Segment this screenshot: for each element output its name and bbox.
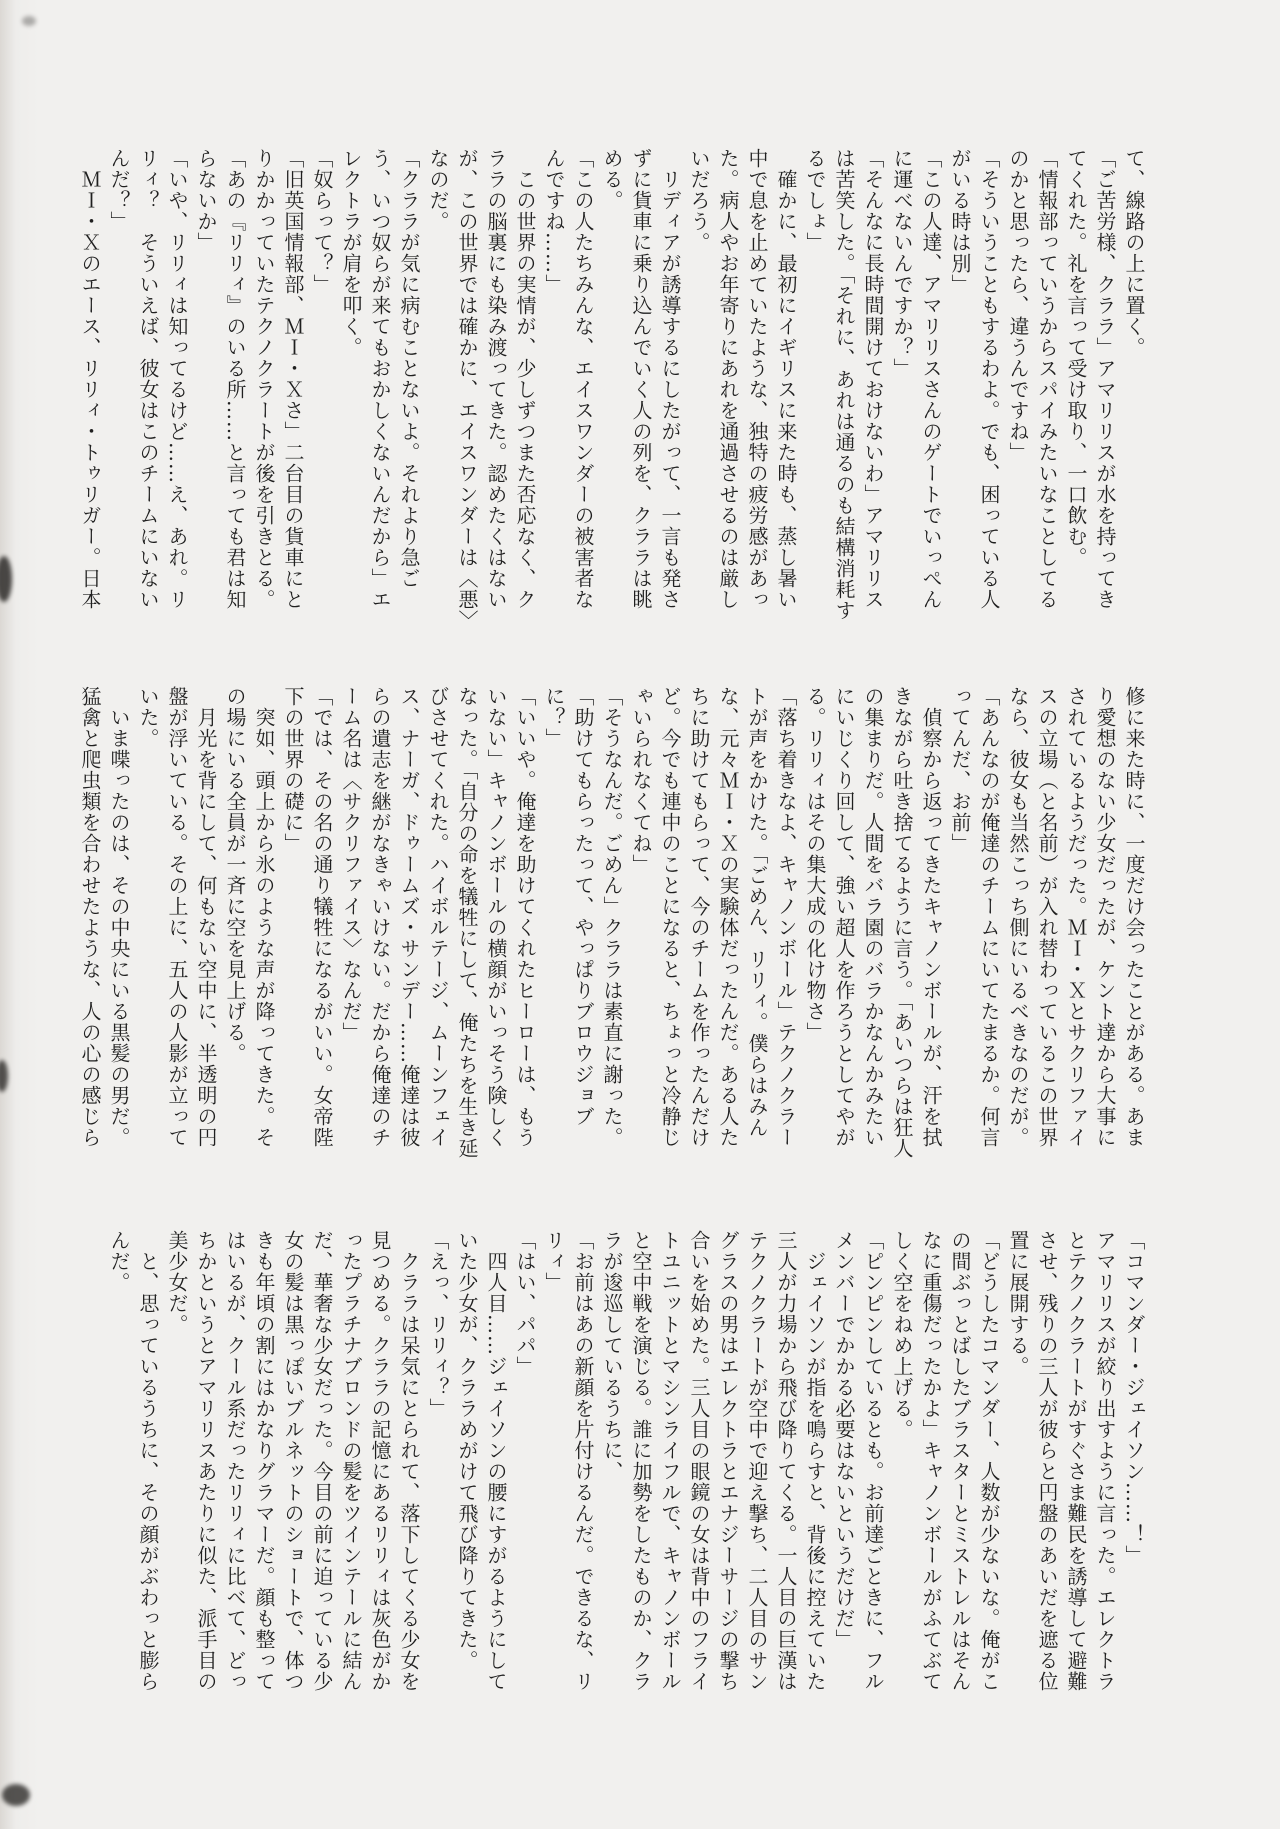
paragraph: いま喋ったのは、その中央にいる黒髪の男だ。猛禽と爬虫類を合わせたような、人の心の… bbox=[82, 686, 133, 1160]
paragraph: 「コマンダー・ジェイソン……！」 bbox=[1119, 1230, 1148, 1704]
paragraph: 「落ち着きなよ、キャノンボール」テクノクラートが声をかけた。「ごめん、リリィ。僕… bbox=[626, 686, 800, 1160]
paragraph: 「えっ、リリィ？」 bbox=[423, 1230, 452, 1704]
paragraph: 「この人達、アマリリスさんのゲートでいっぺんに運べないんですか？」 bbox=[887, 148, 945, 622]
scan-smudge bbox=[2, 1784, 30, 1806]
paragraph: 偵察から返ってきたキャノンボールが、汗を拭きながら吐き捨てるように言う。「あいつ… bbox=[800, 686, 945, 1160]
scan-smudge bbox=[22, 16, 36, 26]
paragraph: ジェイソンが指を鳴らすと、背後に控えていた三人が力場から飛び降りてくる。一人目の… bbox=[597, 1230, 829, 1704]
paragraph: ＭＩ・Ｘのエース、リリィ・トゥリガー。日本に研 bbox=[82, 148, 104, 622]
paragraph: 「ご苦労様、クララ」アマリリスが水を持ってきてくれた。礼を言って受け取り、一口飲… bbox=[1061, 148, 1119, 622]
paragraph: クララは呆気にとられて、落下してくる少女を見つめる。クララの記憶にあるリリィは灰… bbox=[162, 1230, 423, 1704]
paragraph: 「あんなのが俺達のチームにいてたまるか。何言ってんだ、お前」 bbox=[945, 686, 1003, 1160]
paragraph: 「情報部っていうからスパイみたいなことしてるのかと思ったら、違うんですね」 bbox=[1003, 148, 1061, 622]
text-band-bottom: 「コマンダー・ジェイソン……！」アマリリスが絞り出すように言った。エレクトラとテ… bbox=[82, 1230, 1148, 1704]
novel-page: て、線路の上に置く。「ご苦労様、クララ」アマリリスが水を持ってきてくれた。礼を言… bbox=[0, 0, 1280, 1829]
paragraph: 「いや、リリィは知ってるけど……え、あれ。リリィ？ そういえば、彼女はこのチーム… bbox=[104, 148, 191, 622]
paragraph: 「はい、パパ」 bbox=[510, 1230, 539, 1704]
paragraph: リディアが誘導するにしたがって、一言も発さずに貨車に乗り込んでいく人の列を、クラ… bbox=[597, 148, 684, 622]
text-band-top: て、線路の上に置く。「ご苦労様、クララ」アマリリスが水を持ってきてくれた。礼を言… bbox=[82, 148, 1148, 622]
paragraph: と、思っているうちに、その顔がぶわっと膨らんだ。 bbox=[104, 1230, 162, 1704]
paragraph: 「奴らって？」 bbox=[307, 148, 336, 622]
paragraph: 四人目……ジェイソンの腰にすがるようにしていた少女が、クララめがけて飛び降りてき… bbox=[452, 1230, 510, 1704]
paragraph: 「そういうこともするわよ。でも、困っている人がいる時は別」 bbox=[945, 148, 1003, 622]
paragraph: 突如、頭上から氷のような声が降ってきた。その場にいる全員が一斉に空を見上げる。 bbox=[220, 686, 278, 1160]
paragraph: アマリリスが絞り出すように言った。エレクトラとテクノクラートがすぐさま難民を誘導… bbox=[1003, 1230, 1119, 1704]
paragraph: 「そうなんだ。ごめん」クララは素直に謝った。「助けてもらったって、やっぱりブロウ… bbox=[539, 686, 626, 1160]
scan-smudge bbox=[0, 556, 12, 602]
paragraph: 「では、その名の通り犠牲になるがいい。女帝陛下の世界の礎に」 bbox=[278, 686, 336, 1160]
paragraph: 月光を背にして、何もない空中に、半透明の円盤が浮いている。その上に、五人の人影が… bbox=[133, 686, 220, 1160]
paragraph: 「そんなに長時間開けておけないわ」アマリリスは苦笑した。「それに、あれは通るのも… bbox=[800, 148, 887, 622]
paragraph: 確かに、最初にイギリスに来た時も、蒸し暑い中で息を止めていたような、独特の疲労感… bbox=[684, 148, 800, 622]
paragraph: 修に来た時に、一度だけ会ったことがある。あまり愛想のない少女だったが、ケント達か… bbox=[1003, 686, 1148, 1160]
paragraph: 「お前はあの新顔を片付けるんだ。できるな、リリィ」 bbox=[539, 1230, 597, 1704]
text-band-middle: 修に来た時に、一度だけ会ったことがある。あまり愛想のない少女だったが、ケント達か… bbox=[82, 686, 1148, 1160]
paragraph: 「いいや。俺達を助けてくれたヒーローは、もういない」キャノンボールの横顔がいっそ… bbox=[336, 686, 539, 1160]
paragraph: 「クララが気に病むことないよ。それより急ごう、いつ奴らが来てもおかしくないんだか… bbox=[336, 148, 423, 622]
paragraph: て、線路の上に置く。 bbox=[1119, 148, 1148, 622]
scan-smudge bbox=[0, 1060, 8, 1092]
paragraph: この世界の実情が、少しずつまた否応なく、クララの脳裏にも染み渡ってきた。認めたく… bbox=[423, 148, 539, 622]
paragraph: 「どうしたコマンダー、人数が少ないな。俺がこの間ぶっとばしたブラスターとミストレ… bbox=[887, 1230, 1003, 1704]
paragraph: 「ピンピンしているとも。お前達ごときに、フルメンバーでかかる必要はないというだけ… bbox=[829, 1230, 887, 1704]
paragraph: 「この人たちみんな、エイスワンダーの被害者なんですね……」 bbox=[539, 148, 597, 622]
paragraph: 「旧英国情報部、ＭＩ・Ｘさ」二台目の貨車にとりかかっていたテクノクラートが後を引… bbox=[191, 148, 307, 622]
